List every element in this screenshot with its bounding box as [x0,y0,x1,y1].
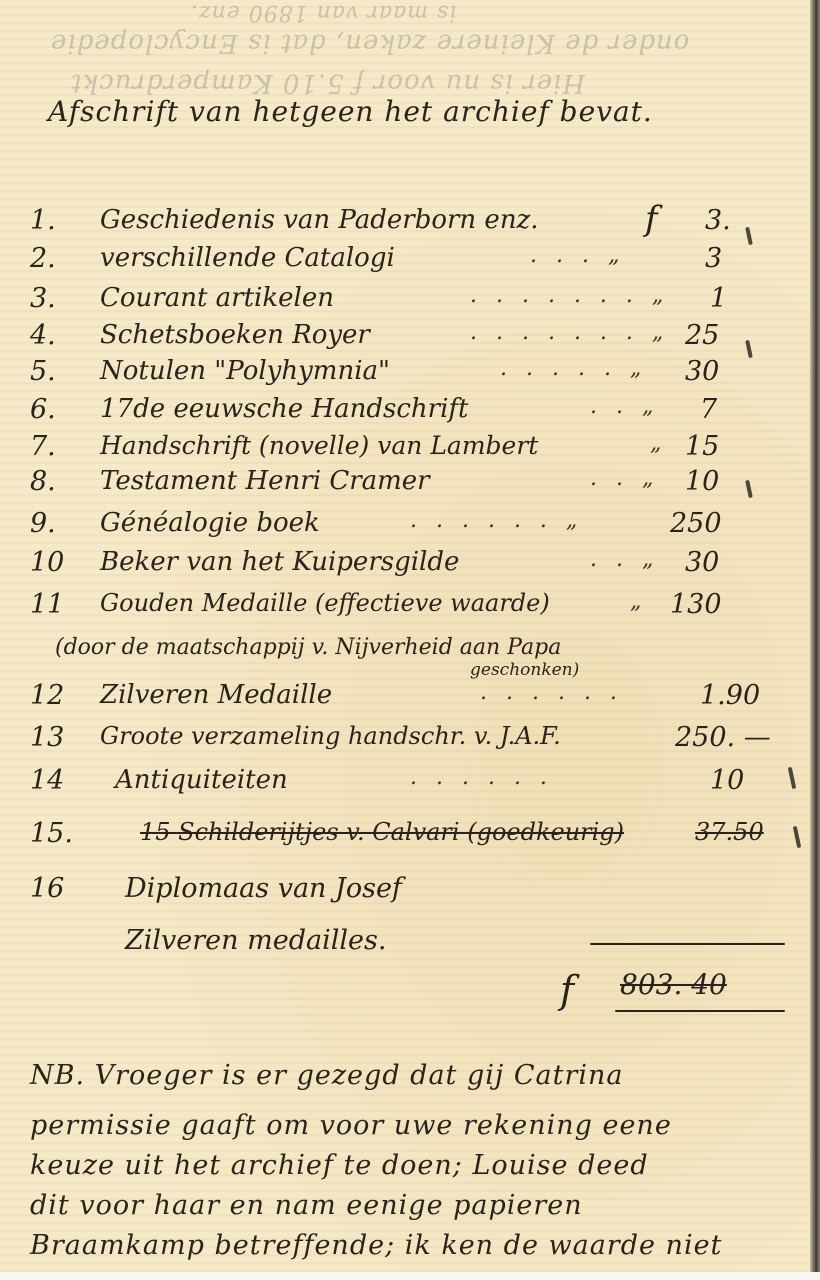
item-description: Notulen "Polyhymnia" [100,356,390,386]
bleed-through-text-3: is maar van 1890 enz. [190,0,456,25]
item-row-1: 1. Geschiedenis van Paderborn enz. f 3. [0,205,810,245]
item-number: 9. [30,508,56,539]
item-row-10: 10 Beker van het Kuipersgilde . . „ 30 [0,547,810,587]
item-number: 2. [30,243,56,274]
item-number: 10 [30,547,64,578]
total-currency-symbol: f [560,968,574,1012]
leader-dots: . . . . . . [480,680,623,705]
item-value: 25 [685,320,719,351]
item-value: 30 [685,547,719,578]
item-description: Gouden Medaille (effectieve waarde) [100,589,550,617]
leader-dots: . . . . . . . „ [470,283,669,308]
item-value: 15 [685,431,719,462]
item-row-5: 5. Notulen "Polyhymnia" . . . . . „ 30 [0,356,810,396]
item-row-16: 16 Diplomaas van Josef [0,873,810,913]
item-description: Généalogie boek [100,508,320,538]
scan-edge-bottom [0,1272,820,1280]
scan-edge-right [810,0,820,1280]
currency-symbol: f [645,199,658,239]
item-description: verschillende Catalogi [100,243,395,273]
item-row-13: 13 Groote verzameling handschr. v. J.A.F… [0,722,810,762]
item-description: Beker van het Kuipersgilde [100,547,459,577]
manuscript-page: Hier is nu voor f 5.10 Kamperdruckt onde… [0,0,810,1272]
item-description: Handschrift (novelle) van Lambert [100,431,538,460]
item-number: 14 [30,765,64,796]
item-description: 17de eeuwsche Handschrift [100,394,468,424]
item-number: 11 [30,589,64,620]
item-16-continued: Zilveren medailles. [125,925,386,956]
page-title: Afschrift van hetgeen het archief bevat. [48,95,653,128]
item-value-struck: 37.50 [695,818,764,846]
item-row-8: 8. Testament Henri Cramer . . „ 10 [0,466,810,506]
item-row-14: 14 Antiquiteiten . . . . . . 10 [0,765,810,805]
item-row-7: 7. Handschrift (novelle) van Lambert „ 1… [0,431,810,471]
item-number: 3. [30,283,56,314]
leader-dots: „ [630,589,647,614]
item-description: Testament Henri Cramer [100,466,430,496]
item-number: 4. [30,320,56,351]
item-number: 7. [30,431,56,462]
total-rule-bottom [615,1010,785,1012]
leader-dots: . . . . . . [410,765,553,790]
check-mark-icon [745,480,753,498]
item-value: 7 [700,394,717,425]
item-description: Geschiedenis van Paderborn enz. [100,205,539,235]
item-value: 10 [685,466,719,497]
item-description-struck: 15 Schilderijtjes v. Calvari (goedkeurig… [140,818,624,846]
item-number: 16 [30,873,64,904]
item-description: Courant artikelen [100,283,334,313]
total-amount: 803. 40 [620,968,727,1001]
leader-dots: . . . . . . . „ [470,320,669,345]
item-value: 130 [670,589,722,620]
item-description: Schetsboeken Royer [100,320,370,350]
bleed-through-text-2: onder de Kleinere zaken, dat is Encyclop… [50,28,689,58]
nb-line-5: Braamkamp betreffende; ik ken de waarde … [30,1230,722,1261]
item-number: 12 [30,680,64,711]
item-description: Antiquiteiten [115,765,288,795]
item-11-note: (door de maatschappij v. Nijverheid aan … [55,635,561,660]
item-number: 8. [30,466,56,497]
item-value: 1.90 [700,680,760,711]
item-value: 3 [705,243,722,274]
nb-line-4: dit voor haar en nam eenige papieren [30,1190,583,1221]
item-row-4: 4. Schetsboeken Royer . . . . . . . „ 25 [0,320,810,360]
leader-dots: . . . . . . „ [410,508,583,533]
item-row-6: 6. 17de eeuwsche Handschrift . . „ 7 [0,394,810,434]
item-value: 250. — [675,722,771,753]
item-description: Zilveren Medaille [100,680,332,710]
leader-dots: . . . . . „ [500,356,647,381]
item-row-11: 11 Gouden Medaille (effectieve waarde) „… [0,589,810,629]
item-value: 250 [670,508,722,539]
item-row-9: 9. Généalogie boek . . . . . . „ 250 [0,508,810,548]
leader-dots: „ [650,431,667,456]
item-description: Groote verzameling handschr. v. J.A.F. [100,722,561,750]
check-mark-icon [788,767,796,789]
item-value: 3. [705,205,731,236]
leader-dots: . . „ [590,547,659,572]
item-value: 1 [710,283,727,314]
item-number: 6. [30,394,56,425]
item-11-note-continued: geschonken) [470,660,579,680]
item-number: 13 [30,722,64,753]
item-number: 5. [30,356,56,387]
item-description: Diplomaas van Josef [125,873,402,904]
nb-line-1: NB. Vroeger is er gezegd dat gij Catrina [30,1060,624,1091]
item-value: 10 [710,765,744,796]
item-row-2: 2. verschillende Catalogi . . . „ 3 [0,243,810,283]
item-number: 15. [30,818,73,849]
item-row-12: 12 Zilveren Medaille . . . . . . 1.90 [0,680,810,720]
leader-dots: . . „ [590,466,659,491]
item-row-3: 3. Courant artikelen . . . . . . . „ 1 [0,283,810,323]
bleed-through-text-1: Hier is nu voor f 5.10 Kamperdruckt [70,68,585,98]
leader-dots: . . „ [590,394,659,419]
item-row-15: 15. 15 Schilderijtjes v. Calvari (goedke… [0,818,810,858]
leader-dots: . . . „ [530,243,625,268]
check-mark-icon [793,826,801,848]
nb-line-3: keuze uit het archief te doen; Louise de… [30,1150,649,1181]
item-value: 30 [685,356,719,387]
item-number: 1. [30,205,56,236]
total-rule-top [590,943,785,945]
nb-line-2: permissie gaaft om voor uwe rekening een… [30,1110,672,1141]
